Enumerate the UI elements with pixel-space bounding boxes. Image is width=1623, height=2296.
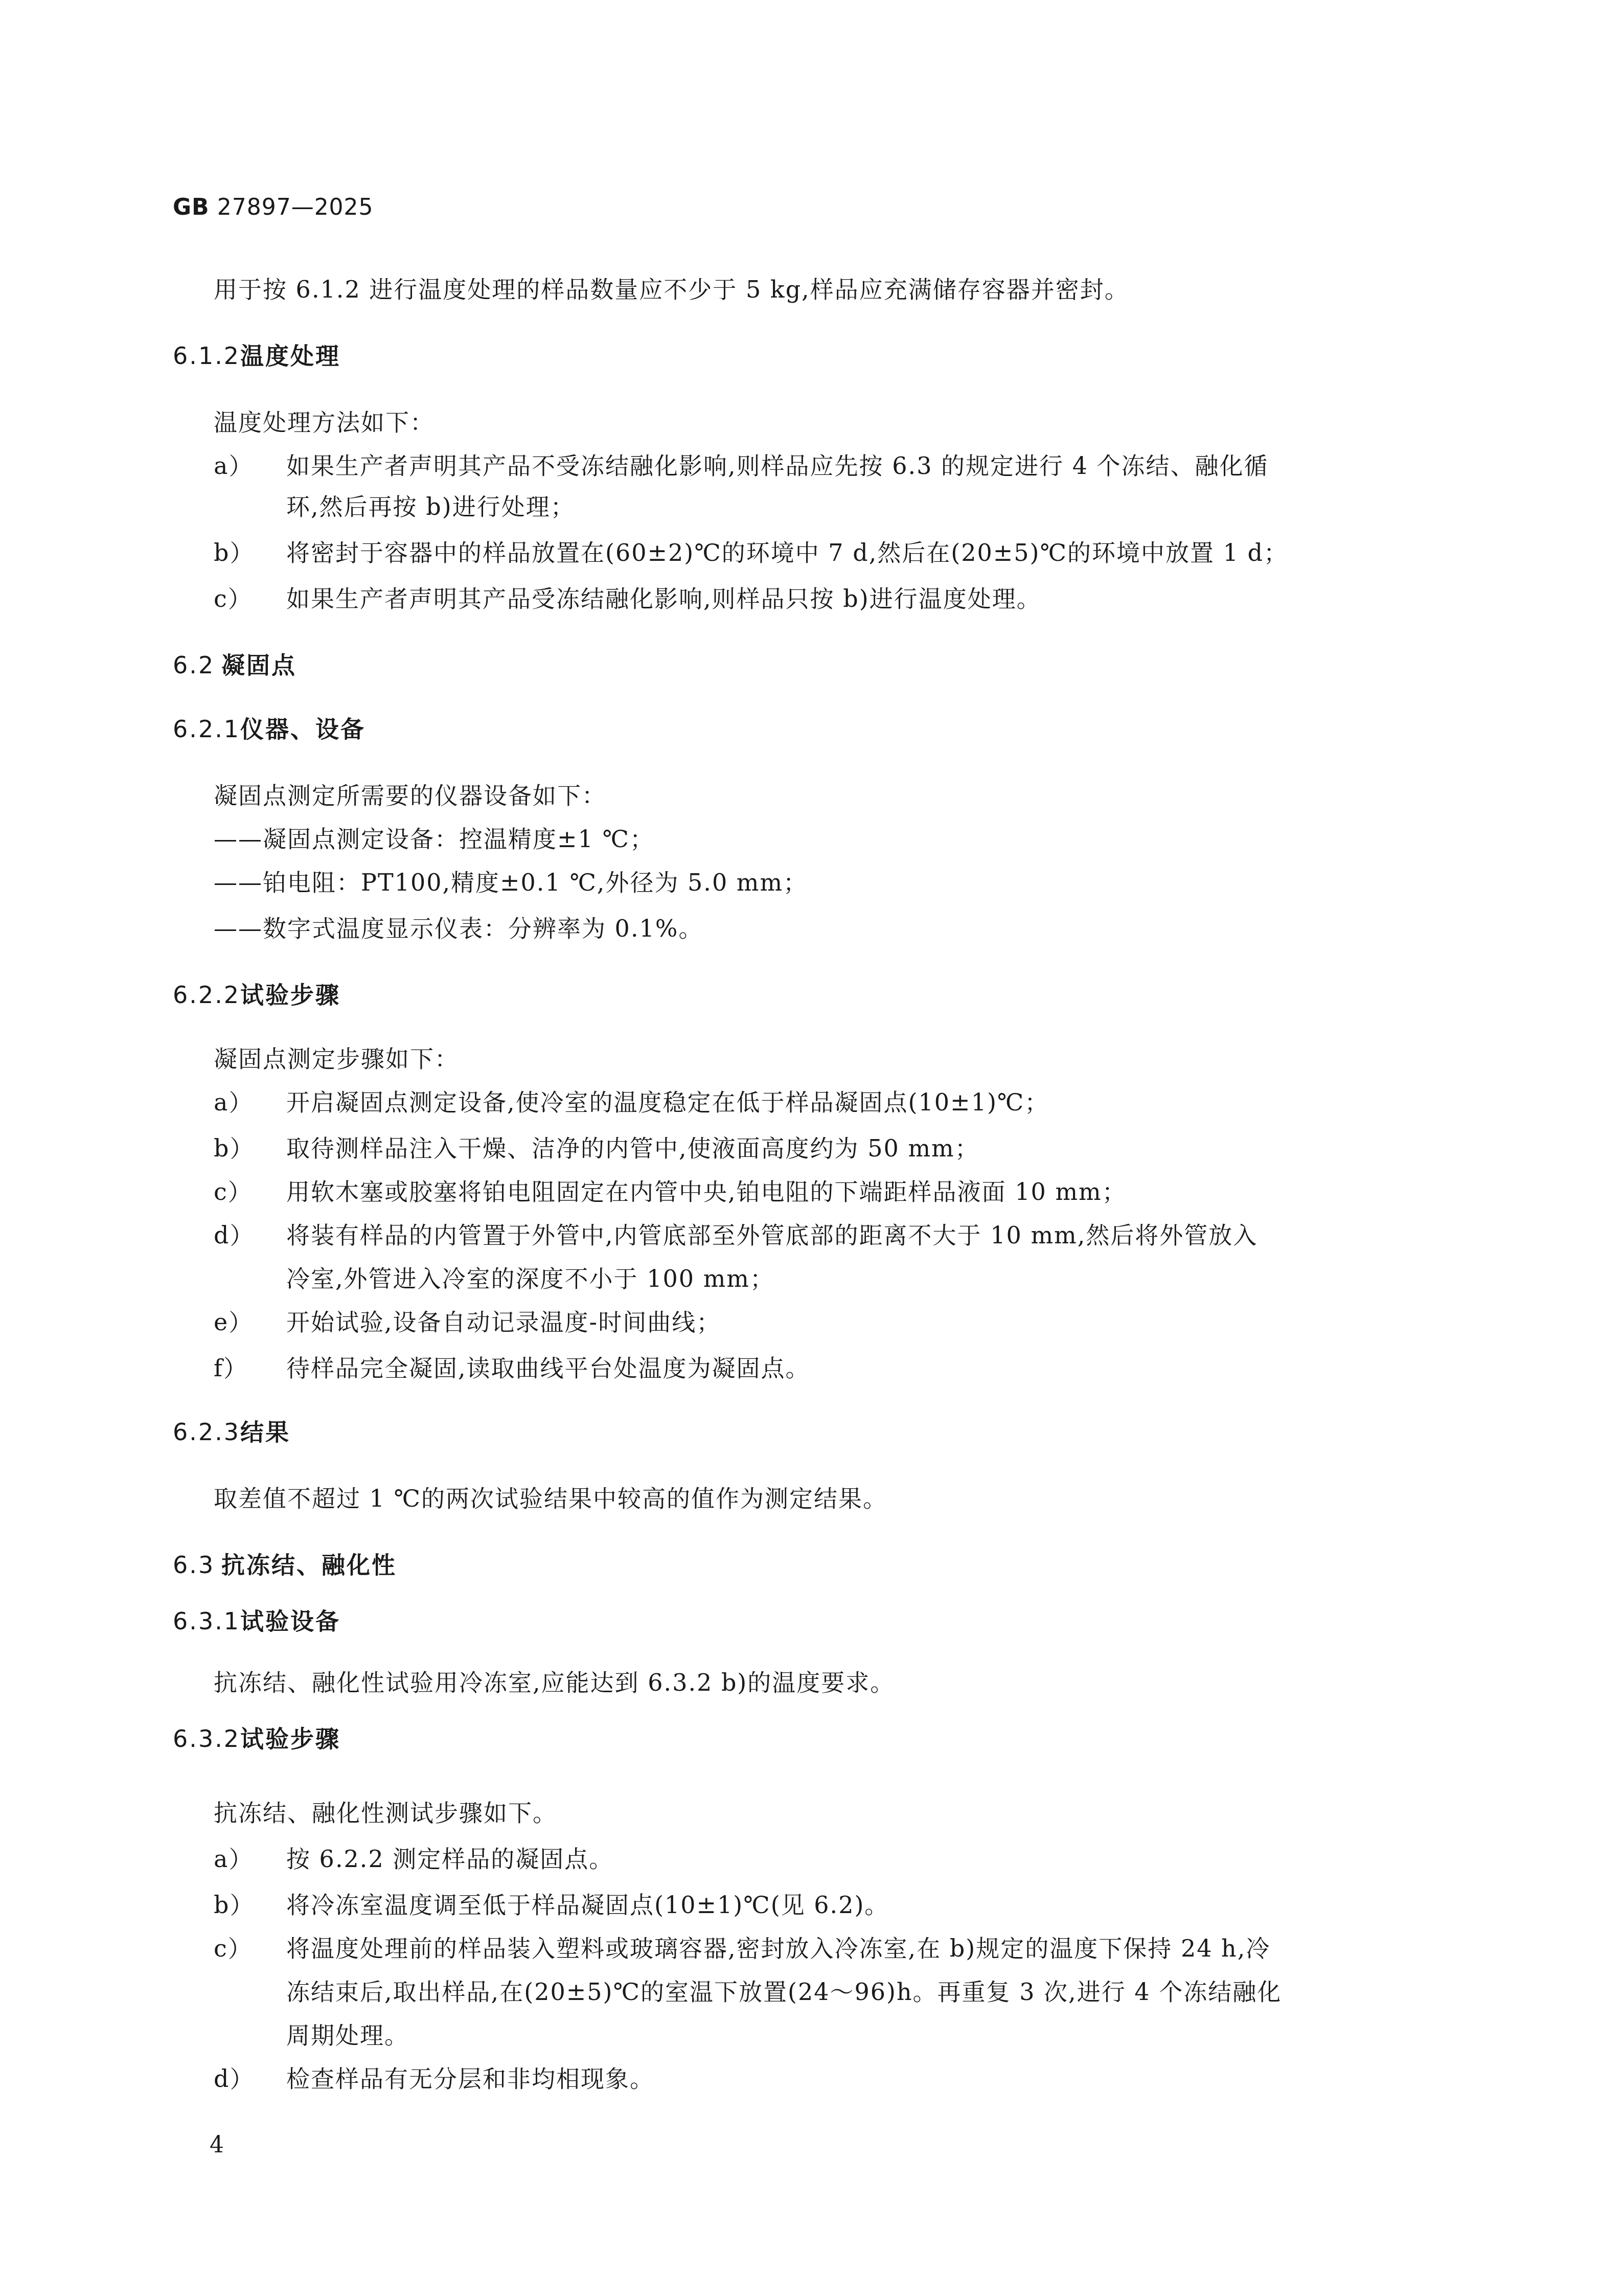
heading-title: 试验设备 bbox=[240, 1607, 340, 1635]
dash-list-item: ——铂电阻：PT100,精度±0.1 ℃,外径为 5.0 mm； bbox=[214, 864, 808, 898]
list-label: f） bbox=[214, 1350, 248, 1383]
heading-title: 结果 bbox=[240, 1418, 290, 1446]
list-item-text: 如果生产者声明其产品不受冻结融化影响,则样品应先按 6.3 的规定进行 4 个冻… bbox=[286, 447, 1269, 481]
heading-number: 6.3 bbox=[173, 1551, 221, 1579]
paragraph: 凝固点测定所需要的仪器设备如下： bbox=[214, 777, 606, 811]
heading-6-2-1: 6.2.1仪器、设备 bbox=[173, 711, 365, 744]
heading-number: 6.2.1 bbox=[173, 715, 240, 743]
list-item-text: 冻结束后,取出样品,在(20±5)℃的室温下放置(24～96)h。再重复 3 次… bbox=[286, 1973, 1282, 2007]
paragraph: 温度处理方法如下： bbox=[214, 404, 435, 438]
heading-6-3-2: 6.3.2试验步骤 bbox=[173, 1720, 340, 1754]
heading-number: 6.3.2 bbox=[173, 1725, 240, 1753]
list-label: e） bbox=[214, 1304, 253, 1337]
list-label: d） bbox=[214, 2060, 254, 2094]
heading-number: 6.3.1 bbox=[173, 1607, 240, 1635]
list-item-text: 如果生产者声明其产品受冻结融化影响,则样品只按 b)进行温度处理。 bbox=[286, 580, 1041, 614]
heading-number: 6.1.2 bbox=[173, 342, 240, 370]
list-item-text: 取待测样品注入干燥、洁净的内管中,使液面高度约为 50 mm； bbox=[286, 1130, 979, 1164]
heading-title: 凝固点 bbox=[221, 651, 296, 679]
list-item-text: 按 6.2.2 测定样品的凝固点。 bbox=[286, 1840, 613, 1874]
list-label: c） bbox=[214, 580, 253, 614]
heading-6-1-2: 6.1.2温度处理 bbox=[173, 337, 340, 371]
heading-title: 仪器、设备 bbox=[240, 715, 365, 743]
list-label: a） bbox=[214, 1840, 253, 1874]
paragraph: 抗冻结、融化性测试步骤如下。 bbox=[214, 1794, 557, 1828]
list-label: b） bbox=[214, 1886, 254, 1920]
list-label: a） bbox=[214, 1084, 253, 1118]
list-label: d） bbox=[214, 1217, 254, 1251]
heading-title: 试验步骤 bbox=[240, 1725, 340, 1753]
heading-6-2-3: 6.2.3结果 bbox=[173, 1414, 290, 1447]
paragraph: 取差值不超过 1 ℃的两次试验结果中较高的值作为测定结果。 bbox=[214, 1480, 887, 1514]
page-number: 4 bbox=[210, 2132, 224, 2158]
paragraph: 凝固点测定步骤如下： bbox=[214, 1040, 459, 1074]
list-item-text: 环,然后再按 b)进行处理； bbox=[286, 488, 575, 522]
dash-list-item: ——数字式温度显示仪表：分辨率为 0.1%。 bbox=[214, 910, 703, 944]
heading-number: 6.2.3 bbox=[173, 1418, 240, 1446]
list-label: b） bbox=[214, 534, 254, 568]
list-item-text: 将装有样品的内管置于外管中,内管底部至外管底部的距离不大于 10 mm,然后将外… bbox=[286, 1217, 1258, 1251]
heading-6-2: 6.2凝固点 bbox=[173, 647, 296, 680]
paragraph: 抗冻结、融化性试验用冷冻室,应能达到 6.3.2 b)的温度要求。 bbox=[214, 1664, 895, 1698]
list-item-text: 将冷冻室温度调至低于样品凝固点(10±1)℃(见 6.2)。 bbox=[286, 1886, 889, 1920]
list-item-text: 周期处理。 bbox=[286, 2017, 409, 2051]
heading-6-2-2: 6.2.2试验步骤 bbox=[173, 976, 340, 1010]
list-label: c） bbox=[214, 1173, 253, 1207]
list-item-text: 将密封于容器中的样品放置在(60±2)℃的环境中 7 d,然后在(20±5)℃的… bbox=[286, 534, 1288, 568]
heading-number: 6.2 bbox=[173, 651, 221, 679]
heading-title: 抗冻结、融化性 bbox=[221, 1551, 397, 1579]
list-item-text: 开始试验,设备自动记录温度-时间曲线； bbox=[286, 1304, 721, 1337]
heading-title: 温度处理 bbox=[240, 342, 340, 370]
dash-list-item: ——凝固点测定设备：控温精度±1 ℃； bbox=[214, 821, 654, 854]
list-label: a） bbox=[214, 447, 253, 481]
list-item-text: 冷室,外管进入冷室的深度不小于 100 mm； bbox=[286, 1260, 774, 1294]
document-page: GB 27897—2025 用于按 6.1.2 进行温度处理的样品数量应不少于 … bbox=[0, 0, 1623, 2296]
list-label: c） bbox=[214, 1930, 253, 1964]
list-item-text: 待样品完全凝固,读取曲线平台处温度为凝固点。 bbox=[286, 1350, 810, 1383]
heading-6-3: 6.3抗冻结、融化性 bbox=[173, 1547, 397, 1580]
list-label: b） bbox=[214, 1130, 254, 1164]
intro-paragraph: 用于按 6.1.2 进行温度处理的样品数量应不少于 5 kg,样品应充满储存容器… bbox=[214, 271, 1129, 305]
list-item-text: 用软木塞或胶塞将铂电阻固定在内管中央,铂电阻的下端距样品液面 10 mm； bbox=[286, 1173, 1127, 1207]
heading-title: 试验步骤 bbox=[240, 981, 340, 1009]
list-item-text: 开启凝固点测定设备,使冷室的温度稳定在低于样品凝固点(10±1)℃； bbox=[286, 1084, 1049, 1118]
list-item-text: 将温度处理前的样品装入塑料或玻璃容器,密封放入冷冻室,在 b)规定的温度下保持 … bbox=[286, 1930, 1270, 1964]
heading-number: 6.2.2 bbox=[173, 981, 240, 1009]
list-item-text: 检查样品有无分层和非均相现象。 bbox=[286, 2060, 654, 2094]
standard-prefix: GB bbox=[173, 194, 210, 220]
standard-number: 27897—2025 bbox=[217, 194, 374, 220]
standard-header: GB 27897—2025 bbox=[173, 194, 374, 220]
heading-6-3-1: 6.3.1试验设备 bbox=[173, 1603, 340, 1636]
